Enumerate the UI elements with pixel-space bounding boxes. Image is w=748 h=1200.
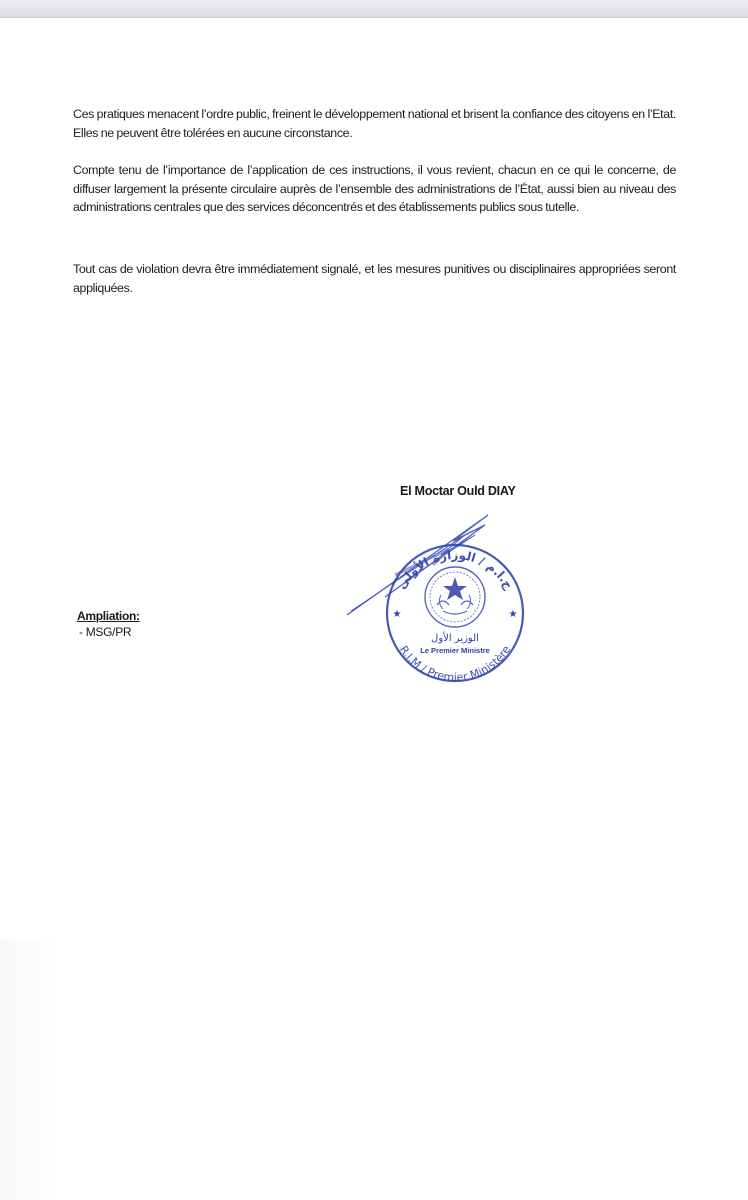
viewer-top-bar <box>0 0 748 18</box>
paragraph-text: Ces pratiques menacent l’ordre public, f… <box>73 105 676 142</box>
ampliation-title: Ampliation: <box>77 608 140 624</box>
paragraph-text: Tout cas de violation devra être immédia… <box>73 260 676 297</box>
paragraph-text: Compte tenu de l’importance de l’applica… <box>73 161 676 217</box>
mauritania-seal-icon <box>425 567 485 627</box>
stamp-star-right: ★ <box>509 609 518 620</box>
stamp-center-french: Le Premier Ministre <box>420 646 490 655</box>
signatory-name: El Moctar Ould DIAY <box>400 484 516 498</box>
paragraph-2: Compte tenu de l’importance de l’applica… <box>73 161 676 226</box>
stamp-star-left: ★ <box>393 609 402 620</box>
scan-bleed-through <box>0 940 60 1200</box>
ampliation-item: - MSG/PR <box>77 624 140 640</box>
handwritten-signature <box>347 515 488 615</box>
paragraph-3: Tout cas de violation devra être immédia… <box>73 260 676 306</box>
official-stamp: ★ ★ ج.ا.م / الوزارة الأولى R.I.M / Premi… <box>345 505 545 695</box>
stamp-center-arabic: الوزير الأول <box>431 631 479 644</box>
paragraph-1: Ces pratiques menacent l’ordre public, f… <box>73 105 676 151</box>
ampliation-block: Ampliation: - MSG/PR <box>77 608 140 640</box>
